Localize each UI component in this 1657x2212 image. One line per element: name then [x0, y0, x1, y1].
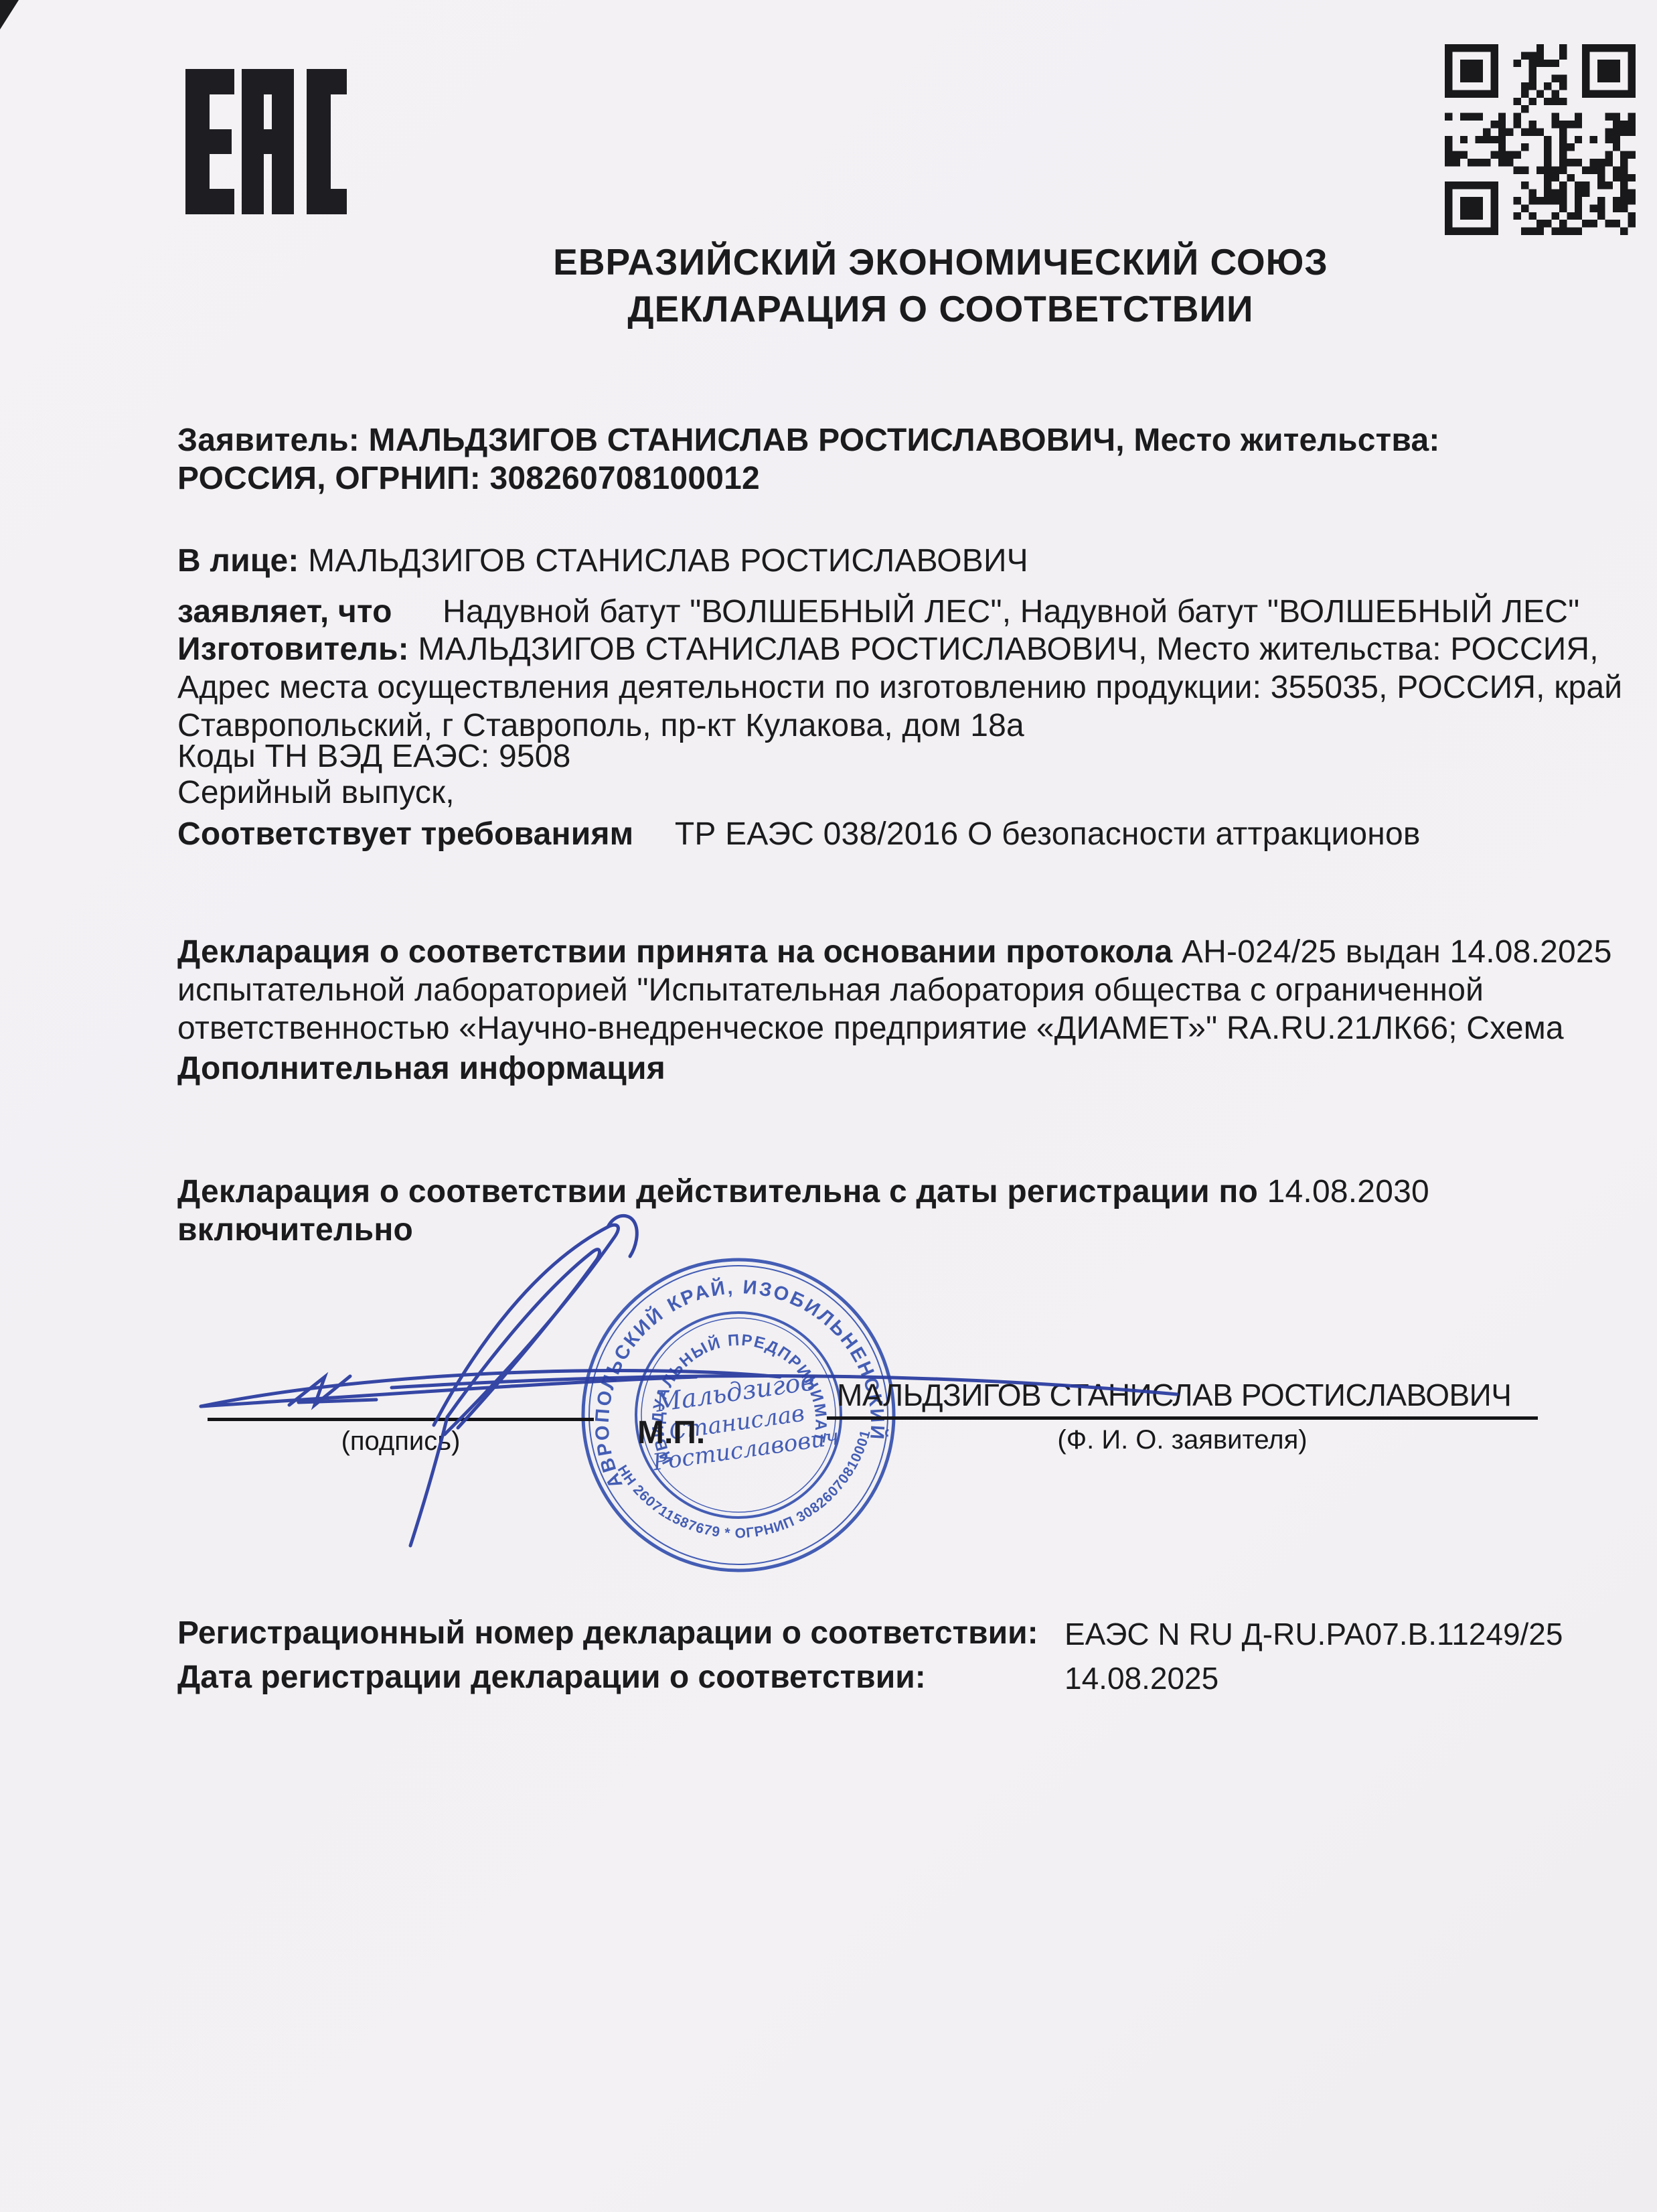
validity-label: Декларация о соответствии действительна …	[177, 1174, 1258, 1209]
signature-caption: (подпись)	[208, 1426, 594, 1457]
validity-date: 14.08.2030	[1267, 1174, 1429, 1209]
title-line-union: ЕВРАЗИЙСКИЙ ЭКОНОМИЧЕСКИЙ СОЮЗ	[288, 238, 1593, 285]
registration-number-label: Регистрационный номер декларации о соотв…	[177, 1615, 1038, 1651]
serial-line: Серийный выпуск,	[177, 773, 455, 812]
title-line-declaration: ДЕКЛАРАЦИЯ О СООТВЕТСТВИИ	[288, 285, 1593, 332]
conforms-value: ТР ЕАЭС 038/2016 О безопасности аттракци…	[675, 816, 1421, 852]
validity-line2: включительно	[177, 1212, 413, 1248]
applicant-paragraph: Заявитель: МАЛЬДЗИГОВ СТАНИСЛАВ РОСТИСЛА…	[177, 421, 1440, 498]
qr-code	[1445, 44, 1636, 235]
basis-value-line1: АН-024/25 выдан 14.08.2025	[1182, 934, 1612, 970]
manufacturer-line1: МАЛЬДЗИГОВ СТАНИСЛАВ РОСТИСЛАВОВИЧ, Мест…	[418, 632, 1598, 667]
signature-line	[208, 1418, 594, 1421]
registration-date-value: 14.08.2025	[1064, 1660, 1218, 1696]
manufacturer-label: Изготовитель:	[177, 632, 409, 667]
fio-line	[827, 1416, 1538, 1420]
registration-number-value: ЕАЭС N RU Д-RU.РА07.В.11249/25	[1064, 1616, 1563, 1652]
in-person-label: В лице:	[177, 543, 299, 579]
basis-line3: ответственностью «Научно-внедренческое п…	[177, 1011, 1564, 1046]
eac-logo	[185, 69, 347, 214]
declares-label: заявляет, что	[177, 594, 392, 630]
applicant-line2: РОССИЯ, ОГРНИП: 308260708100012	[177, 461, 760, 496]
in-person-value: МАЛЬДЗИГОВ СТАНИСЛАВ РОСТИСЛАВОВИЧ	[308, 543, 1028, 579]
mp-stamp-place-label: М.П.	[637, 1414, 705, 1451]
declares-value: Надувной батут "ВОЛШЕБНЫЙ ЛЕС", Надувной…	[443, 594, 1579, 630]
conforms-label: Соответствует требованиям	[177, 816, 633, 852]
signature-stroke	[299, 1400, 376, 1402]
in-person-line: В лице: МАЛЬДЗИГОВ СТАНИСЛАВ РОСТИСЛАВОВ…	[177, 542, 1028, 580]
scan-corner-artifact	[0, 0, 19, 29]
document-title: ЕВРАЗИЙСКИЙ ЭКОНОМИЧЕСКИЙ СОЮЗ ДЕКЛАРАЦИ…	[288, 238, 1593, 332]
validity-paragraph: Декларация о соответствии действительна …	[177, 1173, 1429, 1249]
fio-caption: (Ф. И. О. заявителя)	[827, 1425, 1538, 1455]
additional-info-label: Дополнительная информация	[177, 1049, 665, 1088]
signature-stroke	[289, 1376, 350, 1405]
tnved-line: Коды ТН ВЭД ЕАЭС: 9508	[177, 737, 571, 776]
manufacturer-paragraph: Изготовитель: МАЛЬДЗИГОВ СТАНИСЛАВ РОСТИ…	[177, 630, 1622, 745]
signature-stroke	[447, 1250, 599, 1428]
applicant-line1: Заявитель: МАЛЬДЗИГОВ СТАНИСЛАВ РОСТИСЛА…	[177, 423, 1440, 458]
basis-line2: испытательной лабораторией "Испытательна…	[177, 972, 1484, 1008]
basis-paragraph: Декларация о соответствии принята на осн…	[177, 933, 1612, 1047]
manufacturer-line2: Адрес места осуществления деятельности п…	[177, 670, 1622, 705]
conforms-line: Соответствует требованиям ТР ЕАЭС 038/20…	[177, 815, 1421, 853]
declares-line: заявляет, что Надувной батут "ВОЛШЕБНЫЙ …	[177, 593, 1579, 631]
basis-label: Декларация о соответствии принята на осн…	[177, 934, 1172, 970]
applicant-fio-name: МАЛЬДЗИГОВ СТАНИСЛАВ РОСТИСЛАВОВИЧ	[837, 1377, 1511, 1413]
declaration-document: ЕВРАЗИЙСКИЙ ЭКОНОМИЧЕСКИЙ СОЮЗ ДЕКЛАРАЦИ…	[0, 0, 1657, 2212]
registration-date-label: Дата регистрации декларации о соответств…	[177, 1659, 926, 1696]
company-round-stamp: РФ. СТАВРОПОЛЬСКИЙ КРАЙ, ИЗОБИЛЬНЕНСКИЙ …	[578, 1254, 899, 1576]
